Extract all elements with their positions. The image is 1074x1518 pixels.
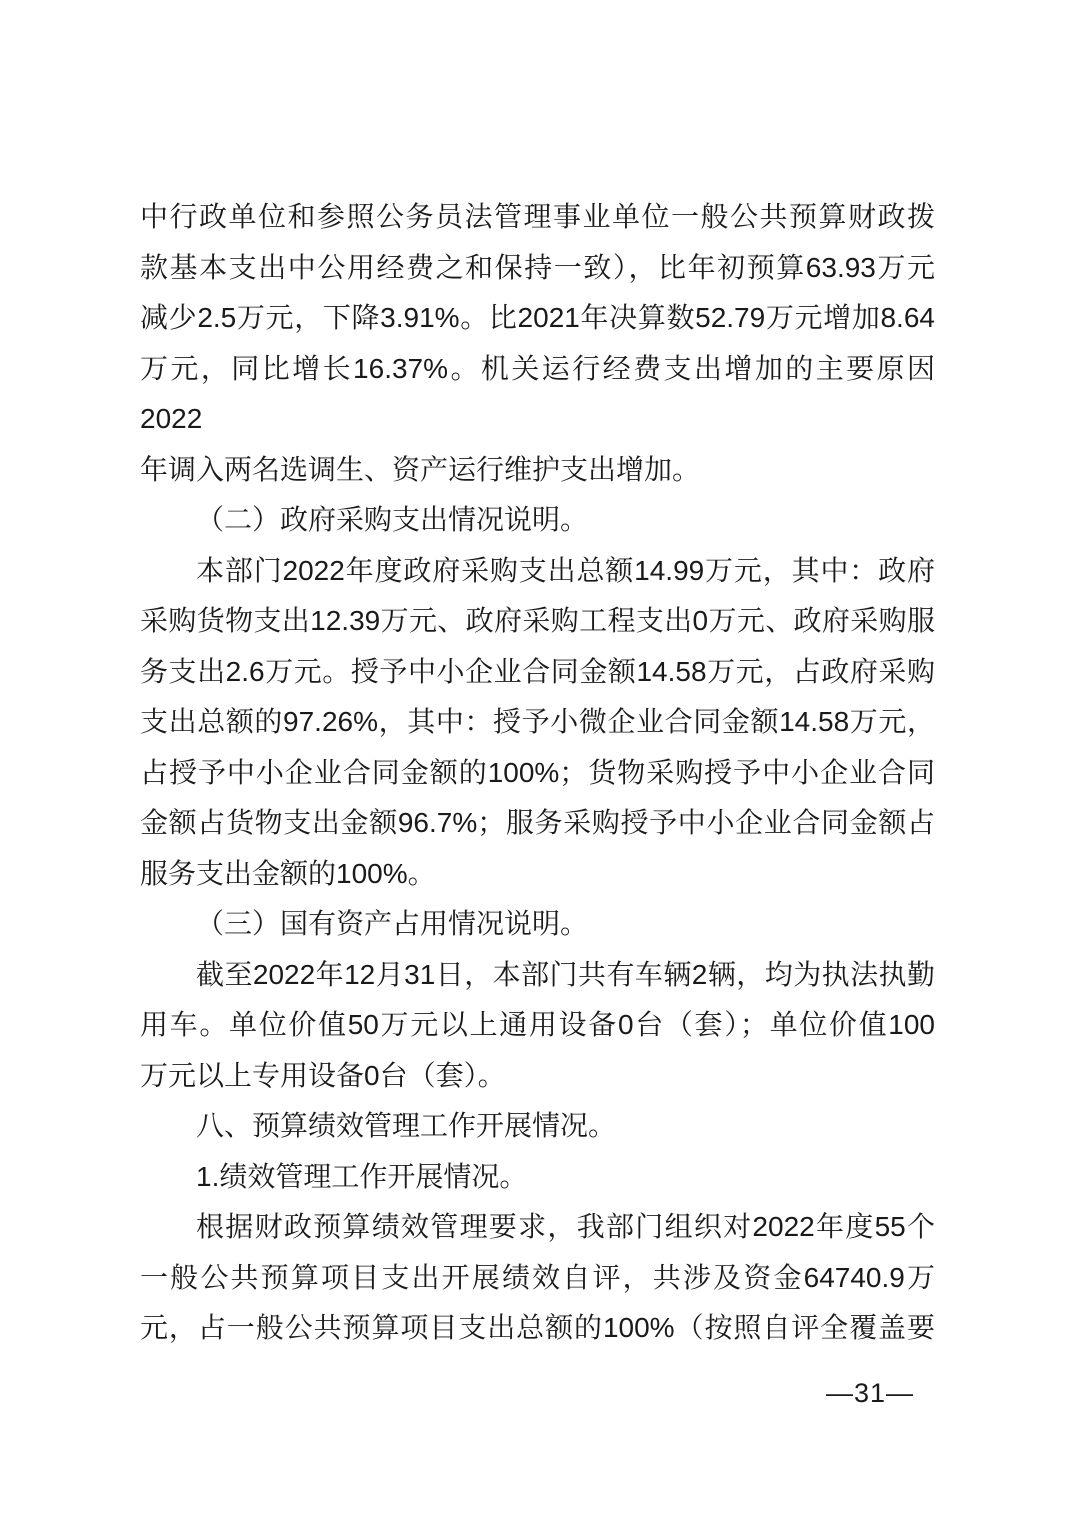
document-body: 中行政单位和参照公务员法管理事业单位一般公共预算财政拨款基本支出中公用经费之和保…: [140, 192, 935, 1354]
page-number: —31—: [826, 1368, 914, 1418]
text-line: 用车。单位价值50万元以上通用设备0台（套）；单位价值100: [140, 1000, 935, 1051]
text-line: 支出总额的97.26%，其中：授予小微企业合同金额14.58万元，: [140, 697, 935, 748]
text-line: 1.绩效管理工作开展情况。: [140, 1152, 935, 1203]
text-line: 万元，同比增长16.37%。机关运行经费支出增加的主要原因2022: [140, 344, 935, 445]
text-line: 八、预算绩效管理工作开展情况。: [140, 1101, 935, 1152]
text-line: 中行政单位和参照公务员法管理事业单位一般公共预算财政拨: [140, 192, 935, 243]
text-line: （三）国有资产占用情况说明。: [140, 899, 935, 950]
text-line: 年调入两名选调生、资产运行维护支出增加。: [140, 445, 935, 496]
text-line: 采购货物支出12.39万元、政府采购工程支出0万元、政府采购服: [140, 596, 935, 647]
text-line: 本部门2022年度政府采购支出总额14.99万元，其中：政府: [140, 546, 935, 597]
text-line: 金额占货物支出金额96.7%；服务采购授予中小企业合同金额占: [140, 798, 935, 849]
text-line: 减少2.5万元，下降3.91%。比2021年决算数52.79万元增加8.64: [140, 293, 935, 344]
text-line: 服务支出金额的100%。: [140, 849, 935, 900]
text-line: 一般公共预算项目支出开展绩效自评，共涉及资金64740.9万: [140, 1253, 935, 1304]
text-line: 万元以上专用设备0台（套）。: [140, 1051, 935, 1102]
text-line: 元，占一般公共预算项目支出总额的100%（按照自评全覆盖要: [140, 1303, 935, 1354]
text-line: 占授予中小企业合同金额的100%；货物采购授予中小企业合同: [140, 748, 935, 799]
document-page: 中行政单位和参照公务员法管理事业单位一般公共预算财政拨款基本支出中公用经费之和保…: [0, 0, 1074, 1518]
text-line: （二）政府采购支出情况说明。: [140, 495, 935, 546]
text-line: 根据财政预算绩效管理要求，我部门组织对2022年度55个: [140, 1202, 935, 1253]
text-line: 务支出2.6万元。授予中小企业合同金额14.58万元，占政府采购: [140, 647, 935, 698]
text-line: 款基本支出中公用经费之和保持一致），比年初预算63.93万元: [140, 243, 935, 294]
text-line: 截至2022年12月31日，本部门共有车辆2辆，均为执法执勤: [140, 950, 935, 1001]
